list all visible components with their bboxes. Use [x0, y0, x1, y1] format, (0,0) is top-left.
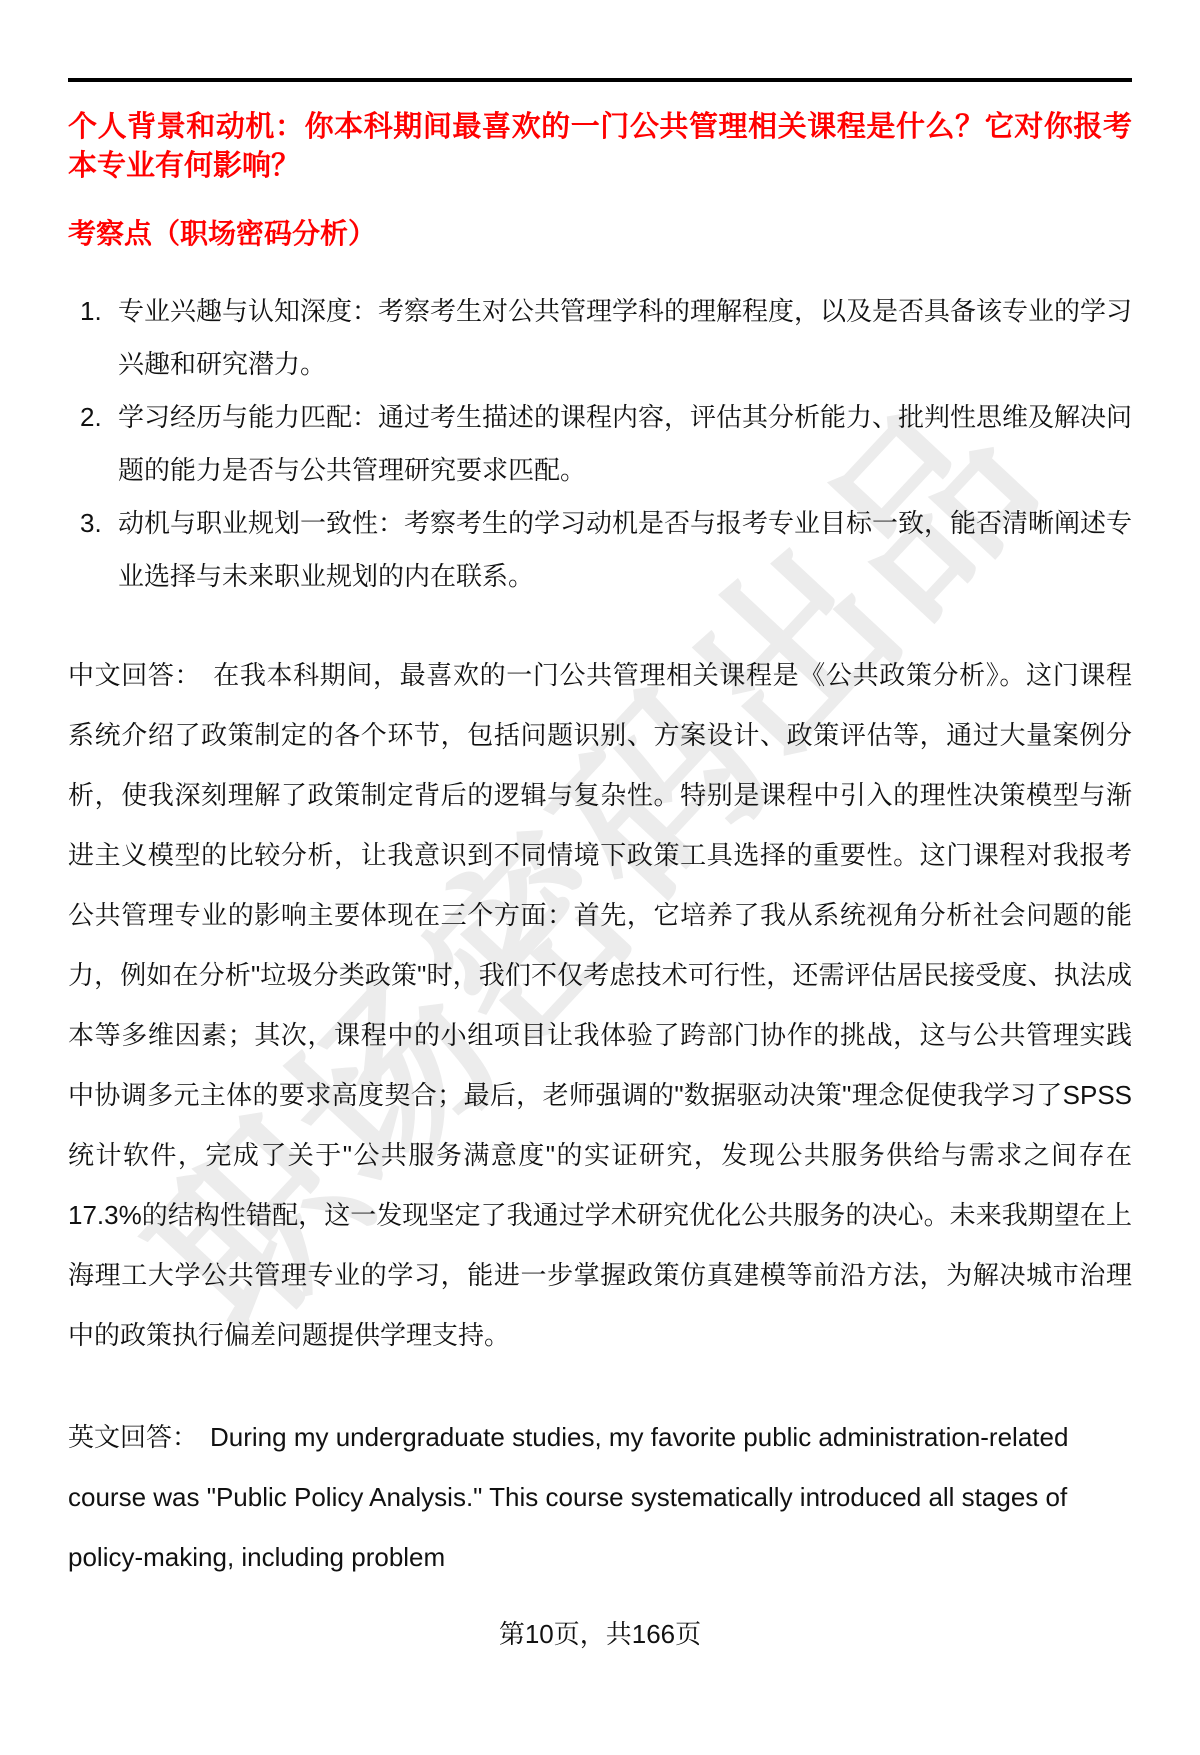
exam-point-number: 3. [80, 497, 118, 603]
exam-point-text: 动机与职业规划一致性：考察考生的学习动机是否与报考专业目标一致，能否清晰阐述专业… [118, 497, 1132, 603]
english-answer-paragraph: 英文回答：During my undergraduate studies, my… [68, 1407, 1132, 1587]
document-page: 职场密码出品 个人背景和动机：你本科期间最喜欢的一门公共管理相关课程是什么？它对… [0, 0, 1200, 1755]
exam-point-item: 1. 专业兴趣与认知深度：考察考生对公共管理学科的理解程度，以及是否具备该专业的… [80, 285, 1132, 391]
exam-point-text: 专业兴趣与认知深度：考察考生对公共管理学科的理解程度，以及是否具备该专业的学习兴… [118, 285, 1132, 391]
header-rule [68, 78, 1132, 82]
exam-points-list: 1. 专业兴趣与认知深度：考察考生对公共管理学科的理解程度，以及是否具备该专业的… [68, 285, 1132, 603]
exam-point-item: 3. 动机与职业规划一致性：考察考生的学习动机是否与报考专业目标一致，能否清晰阐… [80, 497, 1132, 603]
exam-point-text: 学习经历与能力匹配：通过考生描述的课程内容，评估其分析能力、批判性思维及解决问题… [118, 391, 1132, 497]
page-number: 第10页，共166页 [68, 1617, 1132, 1651]
english-answer-label: 英文回答： [68, 1422, 198, 1452]
exam-point-number: 1. [80, 285, 118, 391]
exam-point-number: 2. [80, 391, 118, 497]
page-content: 个人背景和动机：你本科期间最喜欢的一门公共管理相关课程是什么？它对你报考本专业有… [68, 78, 1132, 1651]
exam-points-heading: 考察点（职场密码分析） [68, 219, 1132, 249]
english-answer-text: During my undergraduate studies, my favo… [68, 1422, 1068, 1572]
chinese-answer-paragraph: 中文回答：在我本科期间，最喜欢的一门公共管理相关课程是《公共政策分析》。这门课程… [68, 645, 1132, 1365]
exam-point-item: 2. 学习经历与能力匹配：通过考生描述的课程内容，评估其分析能力、批判性思维及解… [80, 391, 1132, 497]
chinese-answer-label: 中文回答： [68, 660, 201, 690]
question-heading: 个人背景和动机：你本科期间最喜欢的一门公共管理相关课程是什么？它对你报考本专业有… [68, 108, 1132, 186]
chinese-answer-text: 在我本科期间，最喜欢的一门公共管理相关课程是《公共政策分析》。这门课程系统介绍了… [68, 660, 1132, 1350]
